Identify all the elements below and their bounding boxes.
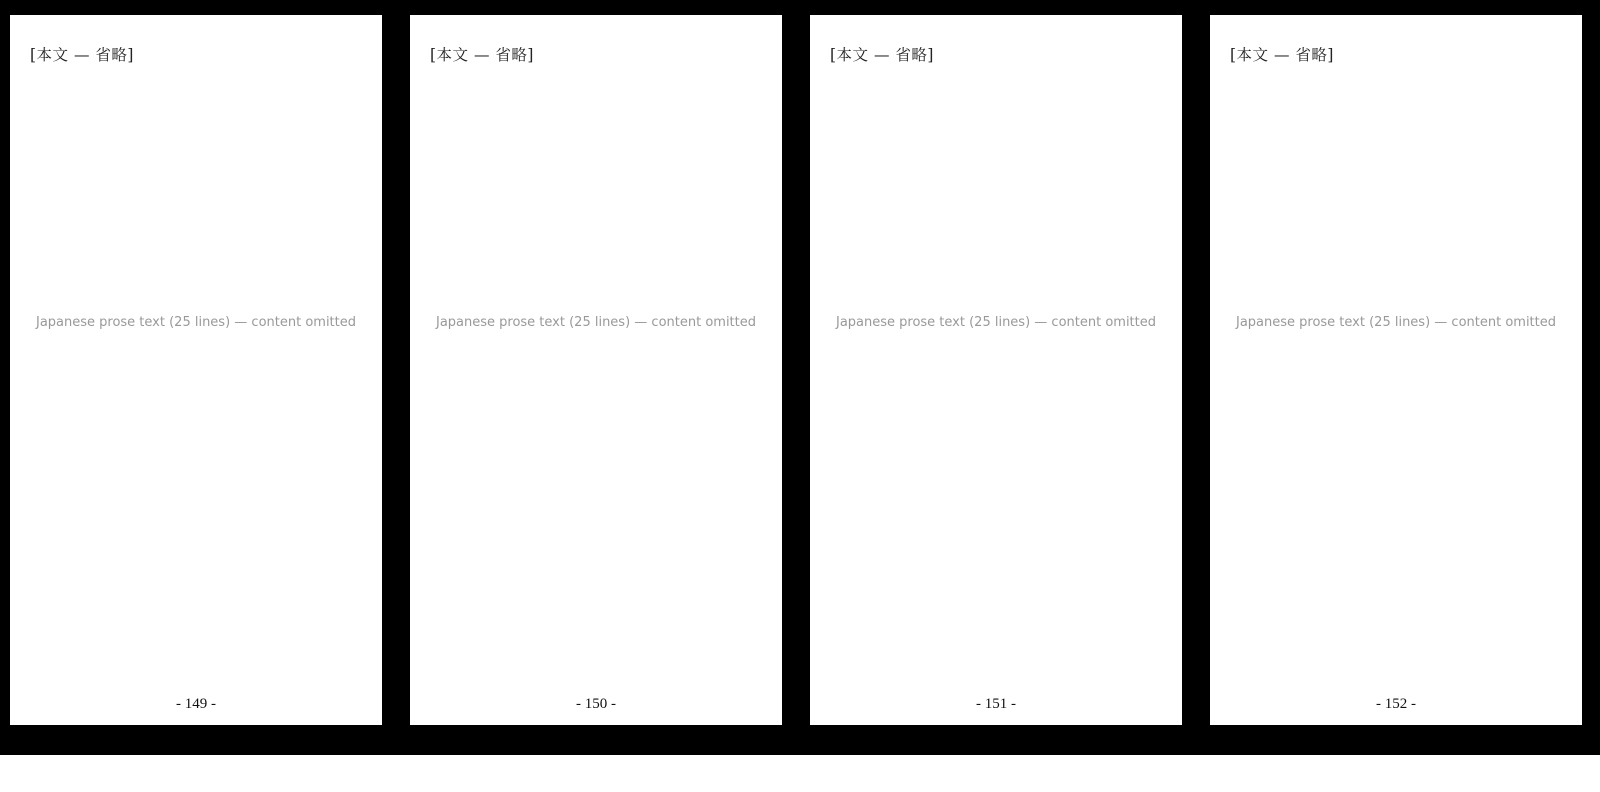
- text-line: [本文 — 省略]: [430, 43, 768, 69]
- text-line: [本文 — 省略]: [30, 43, 368, 69]
- page-number: - 150 -: [410, 696, 782, 713]
- page-149: [本文 — 省略] Japanese prose text (25 lines)…: [10, 15, 382, 725]
- omitted-text-note: Japanese prose text (25 lines) — content…: [10, 315, 382, 330]
- omitted-text-note: Japanese prose text (25 lines) — content…: [810, 315, 1182, 330]
- book-viewer: [本文 — 省略] Japanese prose text (25 lines)…: [0, 0, 1600, 755]
- page-152: [本文 — 省略] Japanese prose text (25 lines)…: [1210, 15, 1582, 725]
- page-number: - 151 -: [810, 696, 1182, 713]
- page-150: [本文 — 省略] Japanese prose text (25 lines)…: [410, 15, 782, 725]
- omitted-text-note: Japanese prose text (25 lines) — content…: [1210, 315, 1582, 330]
- page-151: [本文 — 省略] Japanese prose text (25 lines)…: [810, 15, 1182, 725]
- text-line: [本文 — 省略]: [830, 43, 1168, 69]
- omitted-text-note: Japanese prose text (25 lines) — content…: [410, 315, 782, 330]
- text-line: [本文 — 省略]: [1230, 43, 1568, 69]
- page-number: - 149 -: [10, 696, 382, 713]
- page-number: - 152 -: [1210, 696, 1582, 713]
